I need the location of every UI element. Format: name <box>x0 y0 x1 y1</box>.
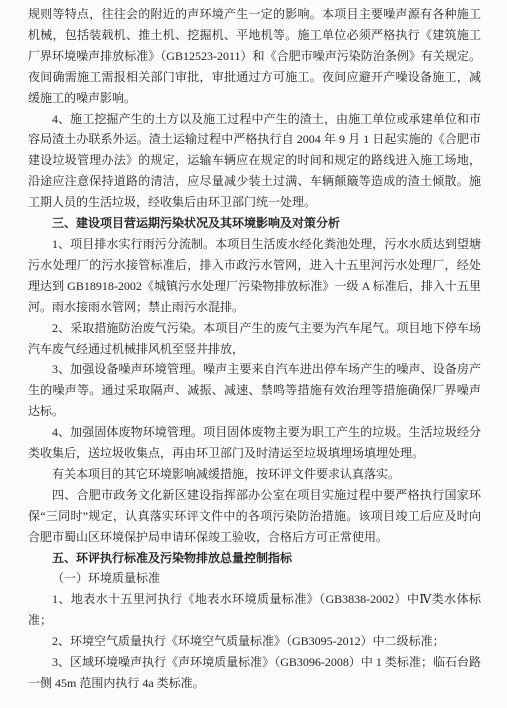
paragraph-section-4-three-simultaneous: 四、合肥市政务文化新区建设指挥部办公室在项目实施过程中要严格执行国家环保“三同时… <box>28 485 481 548</box>
paragraph-spoil-transport: 4、施工挖掘产生的土方以及施工过程中产生的渣土，由施工单位或承建单位和市容局渣土… <box>28 109 481 214</box>
paragraph-noise-standard: 3、区域环境噪声执行《声环境质量标准》（GB3096-2008）中 1 类标准；… <box>28 652 481 694</box>
paragraph-wastewater-management: 1、项目排水实行雨污分流制。本项目生活废水经化粪池处理，污水水质达到望塘污水处理… <box>28 234 481 318</box>
heading-section-3-operation-pollution: 三、建设项目营运期污染状况及其环境影响及对策分析 <box>28 213 481 234</box>
paragraph-noise-impact-continuation: 规则等特点，往往会的附近的声环境产生一定的影响。本项目主要噪声源有各种施工机械，… <box>28 4 481 109</box>
document-text-block: 规则等特点，往往会的附近的声环境产生一定的影响。本项目主要噪声源有各种施工机械，… <box>0 0 507 694</box>
paragraph-equipment-noise-management: 3、加强设备噪声环境管理。噪声主要来自汽车进出停车场产生的噪声、设备房产生的噪声… <box>28 359 481 422</box>
heading-section-5-standards: 五、环评执行标准及污染物排放总量控制指标 <box>28 548 481 569</box>
paragraph-other-mitigation-measures: 有关本项目的其它环境影响减缓措施，按环评文件要求认真落实。 <box>28 464 481 485</box>
paragraph-waste-gas-control: 2、采取措施防治废气污染。本项目产生的废气主要为汽车尾气。项目地下停车场汽车废气… <box>28 318 481 360</box>
paragraph-solid-waste-management: 4、加强固体废物环境管理。项目固体废物主要为职工产生的垃圾。生活垃圾经分类收集后… <box>28 422 481 464</box>
subheading-environmental-quality-standards: （一）环境质量标准 <box>28 568 481 589</box>
document-page: 规则等特点，往往会的附近的声环境产生一定的影响。本项目主要噪声源有各种施工机械，… <box>0 0 507 708</box>
paragraph-surface-water-standard: 1、地表水十五里河执行《地表水环境质量标准》（GB3838-2002）中Ⅳ类水体… <box>28 589 481 631</box>
paragraph-air-quality-standard: 2、环境空气质量执行《环境空气质量标准》（GB3095-2012）中二级标准； <box>28 631 481 652</box>
